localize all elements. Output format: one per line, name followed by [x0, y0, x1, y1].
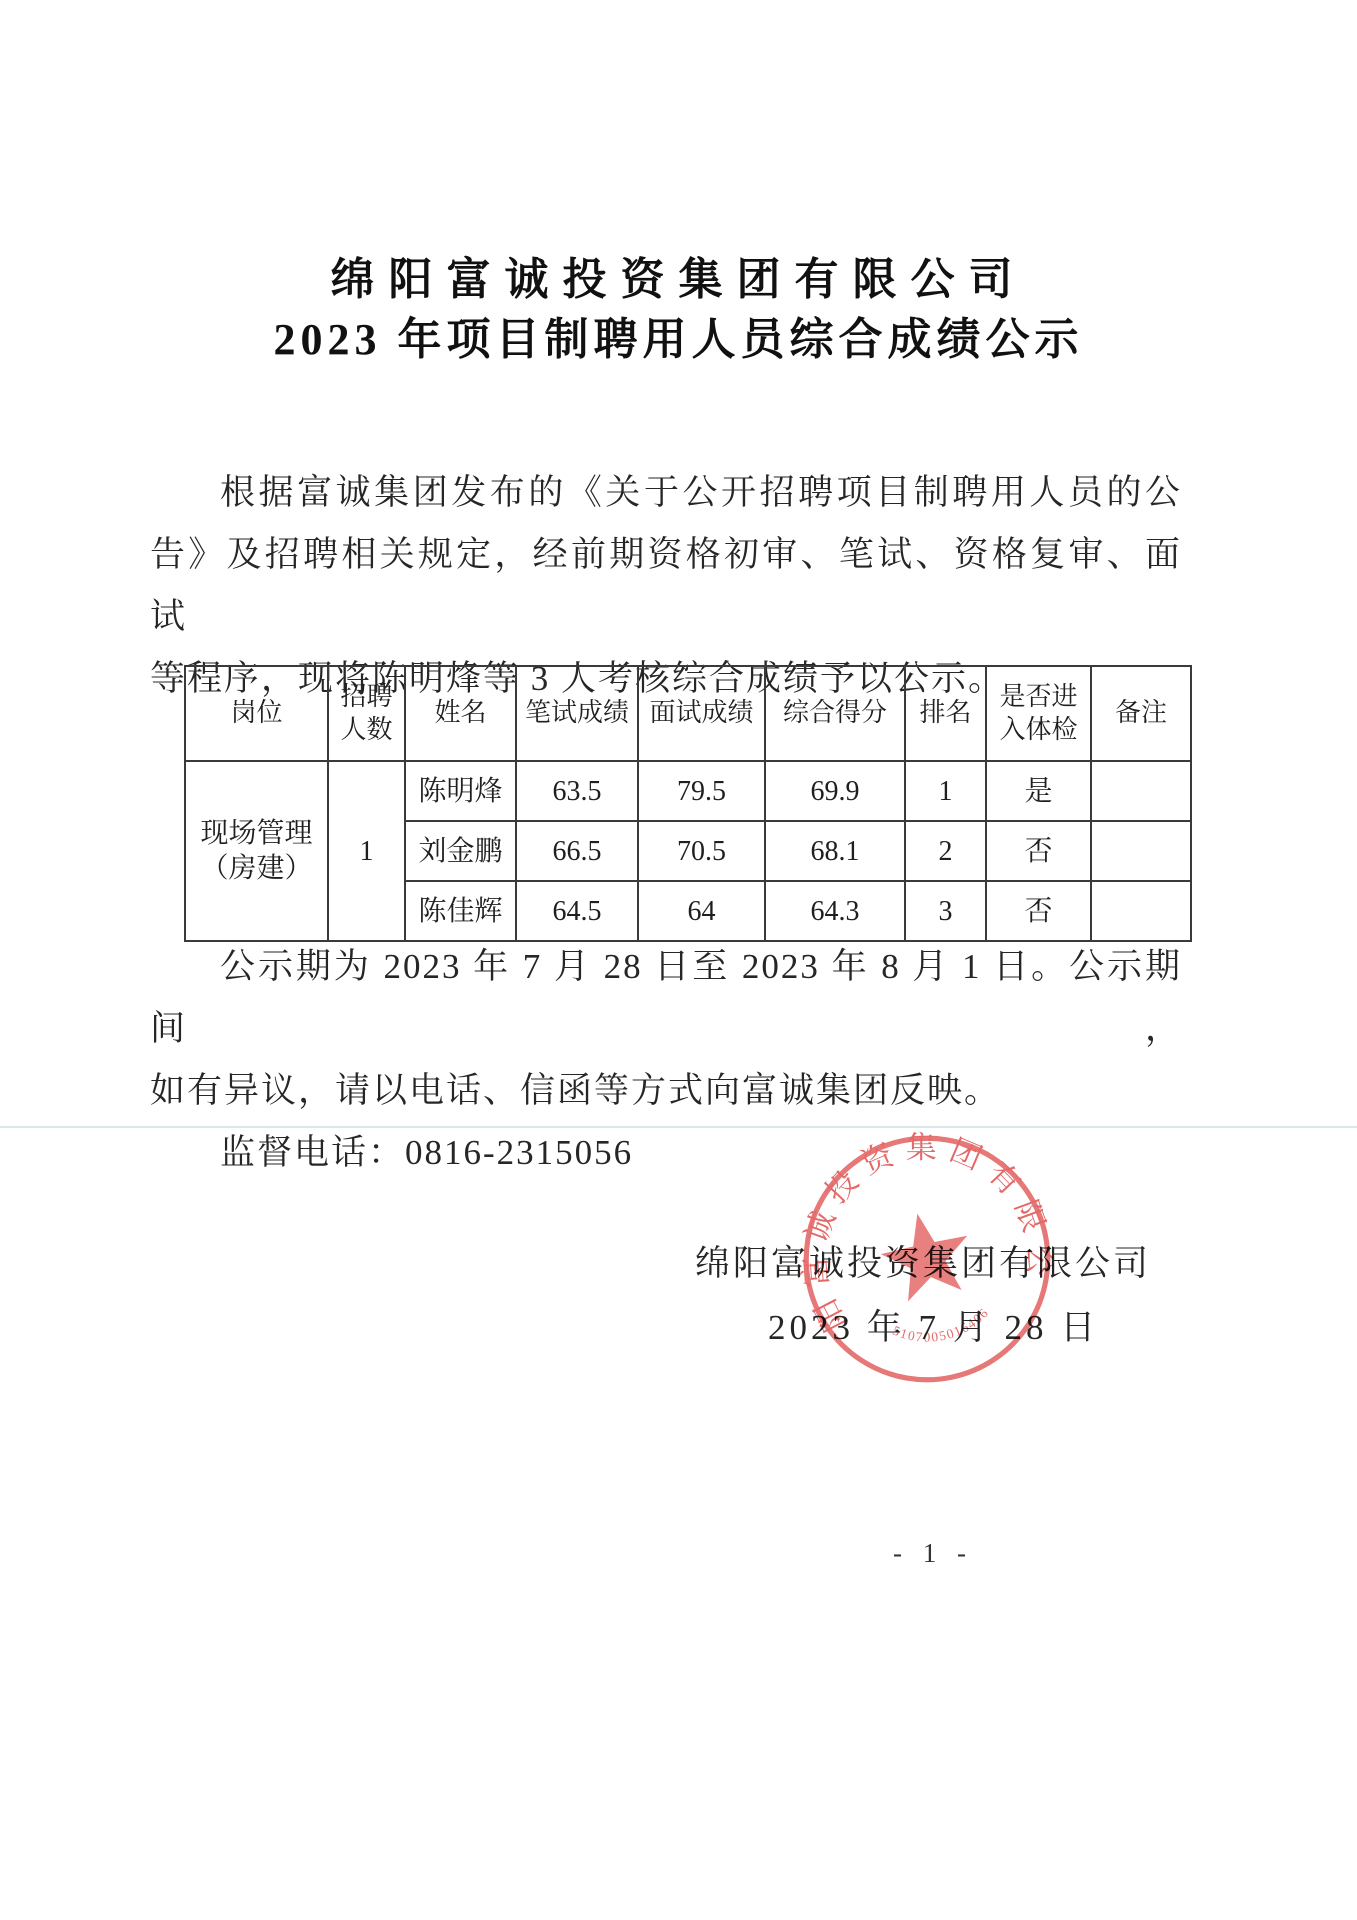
cell-overall-score: 64.3: [765, 881, 905, 941]
cell-remark: [1091, 881, 1191, 941]
cell-interview-score: 70.5: [638, 821, 765, 881]
header-name: 姓名: [405, 666, 516, 761]
cell-rank: 3: [905, 881, 986, 941]
cell-written-score: 64.5: [516, 881, 638, 941]
page-number: - 1 -: [893, 1538, 973, 1569]
header-position: 岗位: [185, 666, 328, 761]
cell-overall-score: 69.9: [765, 761, 905, 821]
score-table: 岗位 招聘人数 姓名 笔试成绩 面试成绩 综合得分 排名 是否进入体检 备注 现…: [184, 665, 1192, 942]
cell-rank: 2: [905, 821, 986, 881]
company-seal: 绵阳富诚投资集团有限公司 5107005016406: [774, 1106, 1080, 1412]
cell-recruit-count: 1: [328, 761, 405, 941]
cell-physical-exam: 是: [986, 761, 1091, 821]
intro-line-1: 根据富诚集团发布的《关于公开招聘项目制聘用人员的公: [150, 462, 1182, 524]
cell-name: 刘金鹏: [405, 821, 516, 881]
header-overall-score: 综合得分: [765, 666, 905, 761]
cell-remark: [1091, 761, 1191, 821]
cell-remark: [1091, 821, 1191, 881]
closing-line-1: 公示期为 2023 年 7 月 28 日至 2023 年 8 月 1 日。公示期…: [150, 936, 1182, 1060]
cell-interview-score: 79.5: [638, 761, 765, 821]
header-written-score: 笔试成绩: [516, 666, 638, 761]
cell-rank: 1: [905, 761, 986, 821]
table-row: 现场管理（房建） 1 陈明烽 63.5 79.5 69.9 1 是: [185, 761, 1191, 821]
cell-written-score: 66.5: [516, 821, 638, 881]
cell-interview-score: 64: [638, 881, 765, 941]
seal-star-icon: [874, 1204, 978, 1305]
intro-line-2: 告》及招聘相关规定，经前期资格初审、笔试、资格复审、面试: [150, 524, 1182, 648]
header-remark: 备注: [1091, 666, 1191, 761]
scan-fold-line: [0, 1126, 1357, 1128]
cell-written-score: 63.5: [516, 761, 638, 821]
svg-text:5107005016406: 5107005016406: [888, 1303, 996, 1354]
cell-overall-score: 68.1: [765, 821, 905, 881]
cell-position: 现场管理（房建）: [185, 761, 328, 941]
table-header-row: 岗位 招聘人数 姓名 笔试成绩 面试成绩 综合得分 排名 是否进入体检 备注: [185, 666, 1191, 761]
cell-physical-exam: 否: [986, 881, 1091, 941]
document-page: 绵阳富诚投资集团有限公司 2023 年项目制聘用人员综合成绩公示 根据富诚集团发…: [0, 0, 1357, 1920]
document-title-line1: 绵阳富诚投资集团有限公司: [0, 252, 1357, 308]
header-rank: 排名: [905, 666, 986, 761]
cell-name: 陈佳辉: [405, 881, 516, 941]
seal-number-text: 5107005016406: [888, 1303, 996, 1354]
header-interview-score: 面试成绩: [638, 666, 765, 761]
header-recruit-count: 招聘人数: [328, 666, 405, 761]
document-title-line2: 2023 年项目制聘用人员综合成绩公示: [0, 312, 1357, 368]
header-physical-exam: 是否进入体检: [986, 666, 1091, 761]
cell-name: 陈明烽: [405, 761, 516, 821]
cell-physical-exam: 否: [986, 821, 1091, 881]
